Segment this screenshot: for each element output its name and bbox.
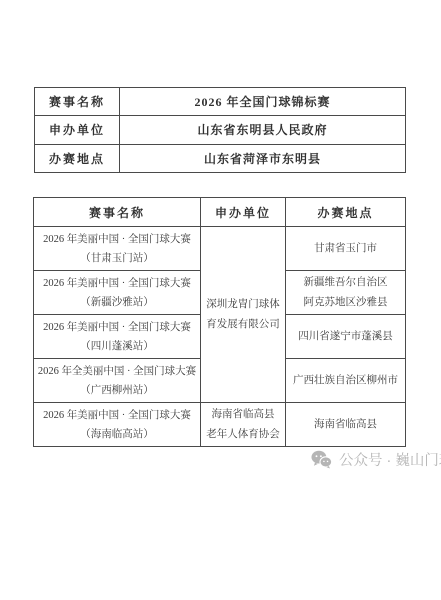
summary-label: 申办单位 [35, 116, 120, 144]
event-row: 2026 年美丽中国 · 全国门球大赛 （海南临高站） 海南省临高县 老年人体育… [34, 403, 406, 447]
summary-label: 办赛地点 [35, 144, 120, 172]
organizer-cell: 海南省临高县 老年人体育协会 [201, 403, 286, 447]
location-cell: 海南省临高县 [286, 403, 406, 447]
event-name-cell: 2026 年美丽中国 · 全国门球大赛 （海南临高站） [34, 403, 201, 447]
event-name-cell: 2026 年美丽中国 · 全国门球大赛 （新疆沙雅站） [34, 271, 201, 315]
location-cell: 广西壮族自治区柳州市 [286, 359, 406, 403]
watermark: 公众号 · 巍山门球 [311, 449, 441, 470]
organizer-merged-cell: 深圳龙胄门球体 育发展有限公司 [201, 227, 286, 403]
summary-value: 2026 年全国门球锦标赛 [120, 88, 406, 116]
document-page: { "page": { "background_color": "#ffffff… [0, 0, 441, 600]
events-table: 赛事名称 申办单位 办赛地点 2026 年美丽中国 · 全国门球大赛 （甘肃玉门… [33, 197, 406, 447]
event-name-cell: 2026 年全美丽中国 · 全国门球大赛 （广西柳州站） [34, 359, 201, 403]
location-cell: 四川省遂宁市蓬溪县 [286, 315, 406, 359]
header-organizer: 申办单位 [201, 198, 286, 227]
summary-value: 山东省东明县人民政府 [120, 116, 406, 144]
watermark-text: 公众号 · 巍山门球 [339, 449, 441, 470]
events-header-row: 赛事名称 申办单位 办赛地点 [34, 198, 406, 227]
summary-row: 申办单位 山东省东明县人民政府 [35, 116, 406, 144]
location-cell: 新疆维吾尔自治区 阿克苏地区沙雅县 [286, 271, 406, 315]
event-name-cell: 2026 年美丽中国 · 全国门球大赛 （四川蓬溪站） [34, 315, 201, 359]
summary-row: 办赛地点 山东省菏泽市东明县 [35, 144, 406, 172]
event-row: 2026 年美丽中国 · 全国门球大赛 （甘肃玉门站） 深圳龙胄门球体 育发展有… [34, 227, 406, 271]
wechat-bubbles-icon [311, 450, 332, 469]
summary-table: 赛事名称 2026 年全国门球锦标赛 申办单位 山东省东明县人民政府 办赛地点 … [34, 87, 406, 173]
summary-row: 赛事名称 2026 年全国门球锦标赛 [35, 88, 406, 116]
header-location: 办赛地点 [286, 198, 406, 227]
header-event-name: 赛事名称 [34, 198, 201, 227]
summary-value: 山东省菏泽市东明县 [120, 144, 406, 172]
location-cell: 甘肃省玉门市 [286, 227, 406, 271]
event-name-cell: 2026 年美丽中国 · 全国门球大赛 （甘肃玉门站） [34, 227, 201, 271]
summary-label: 赛事名称 [35, 88, 120, 116]
